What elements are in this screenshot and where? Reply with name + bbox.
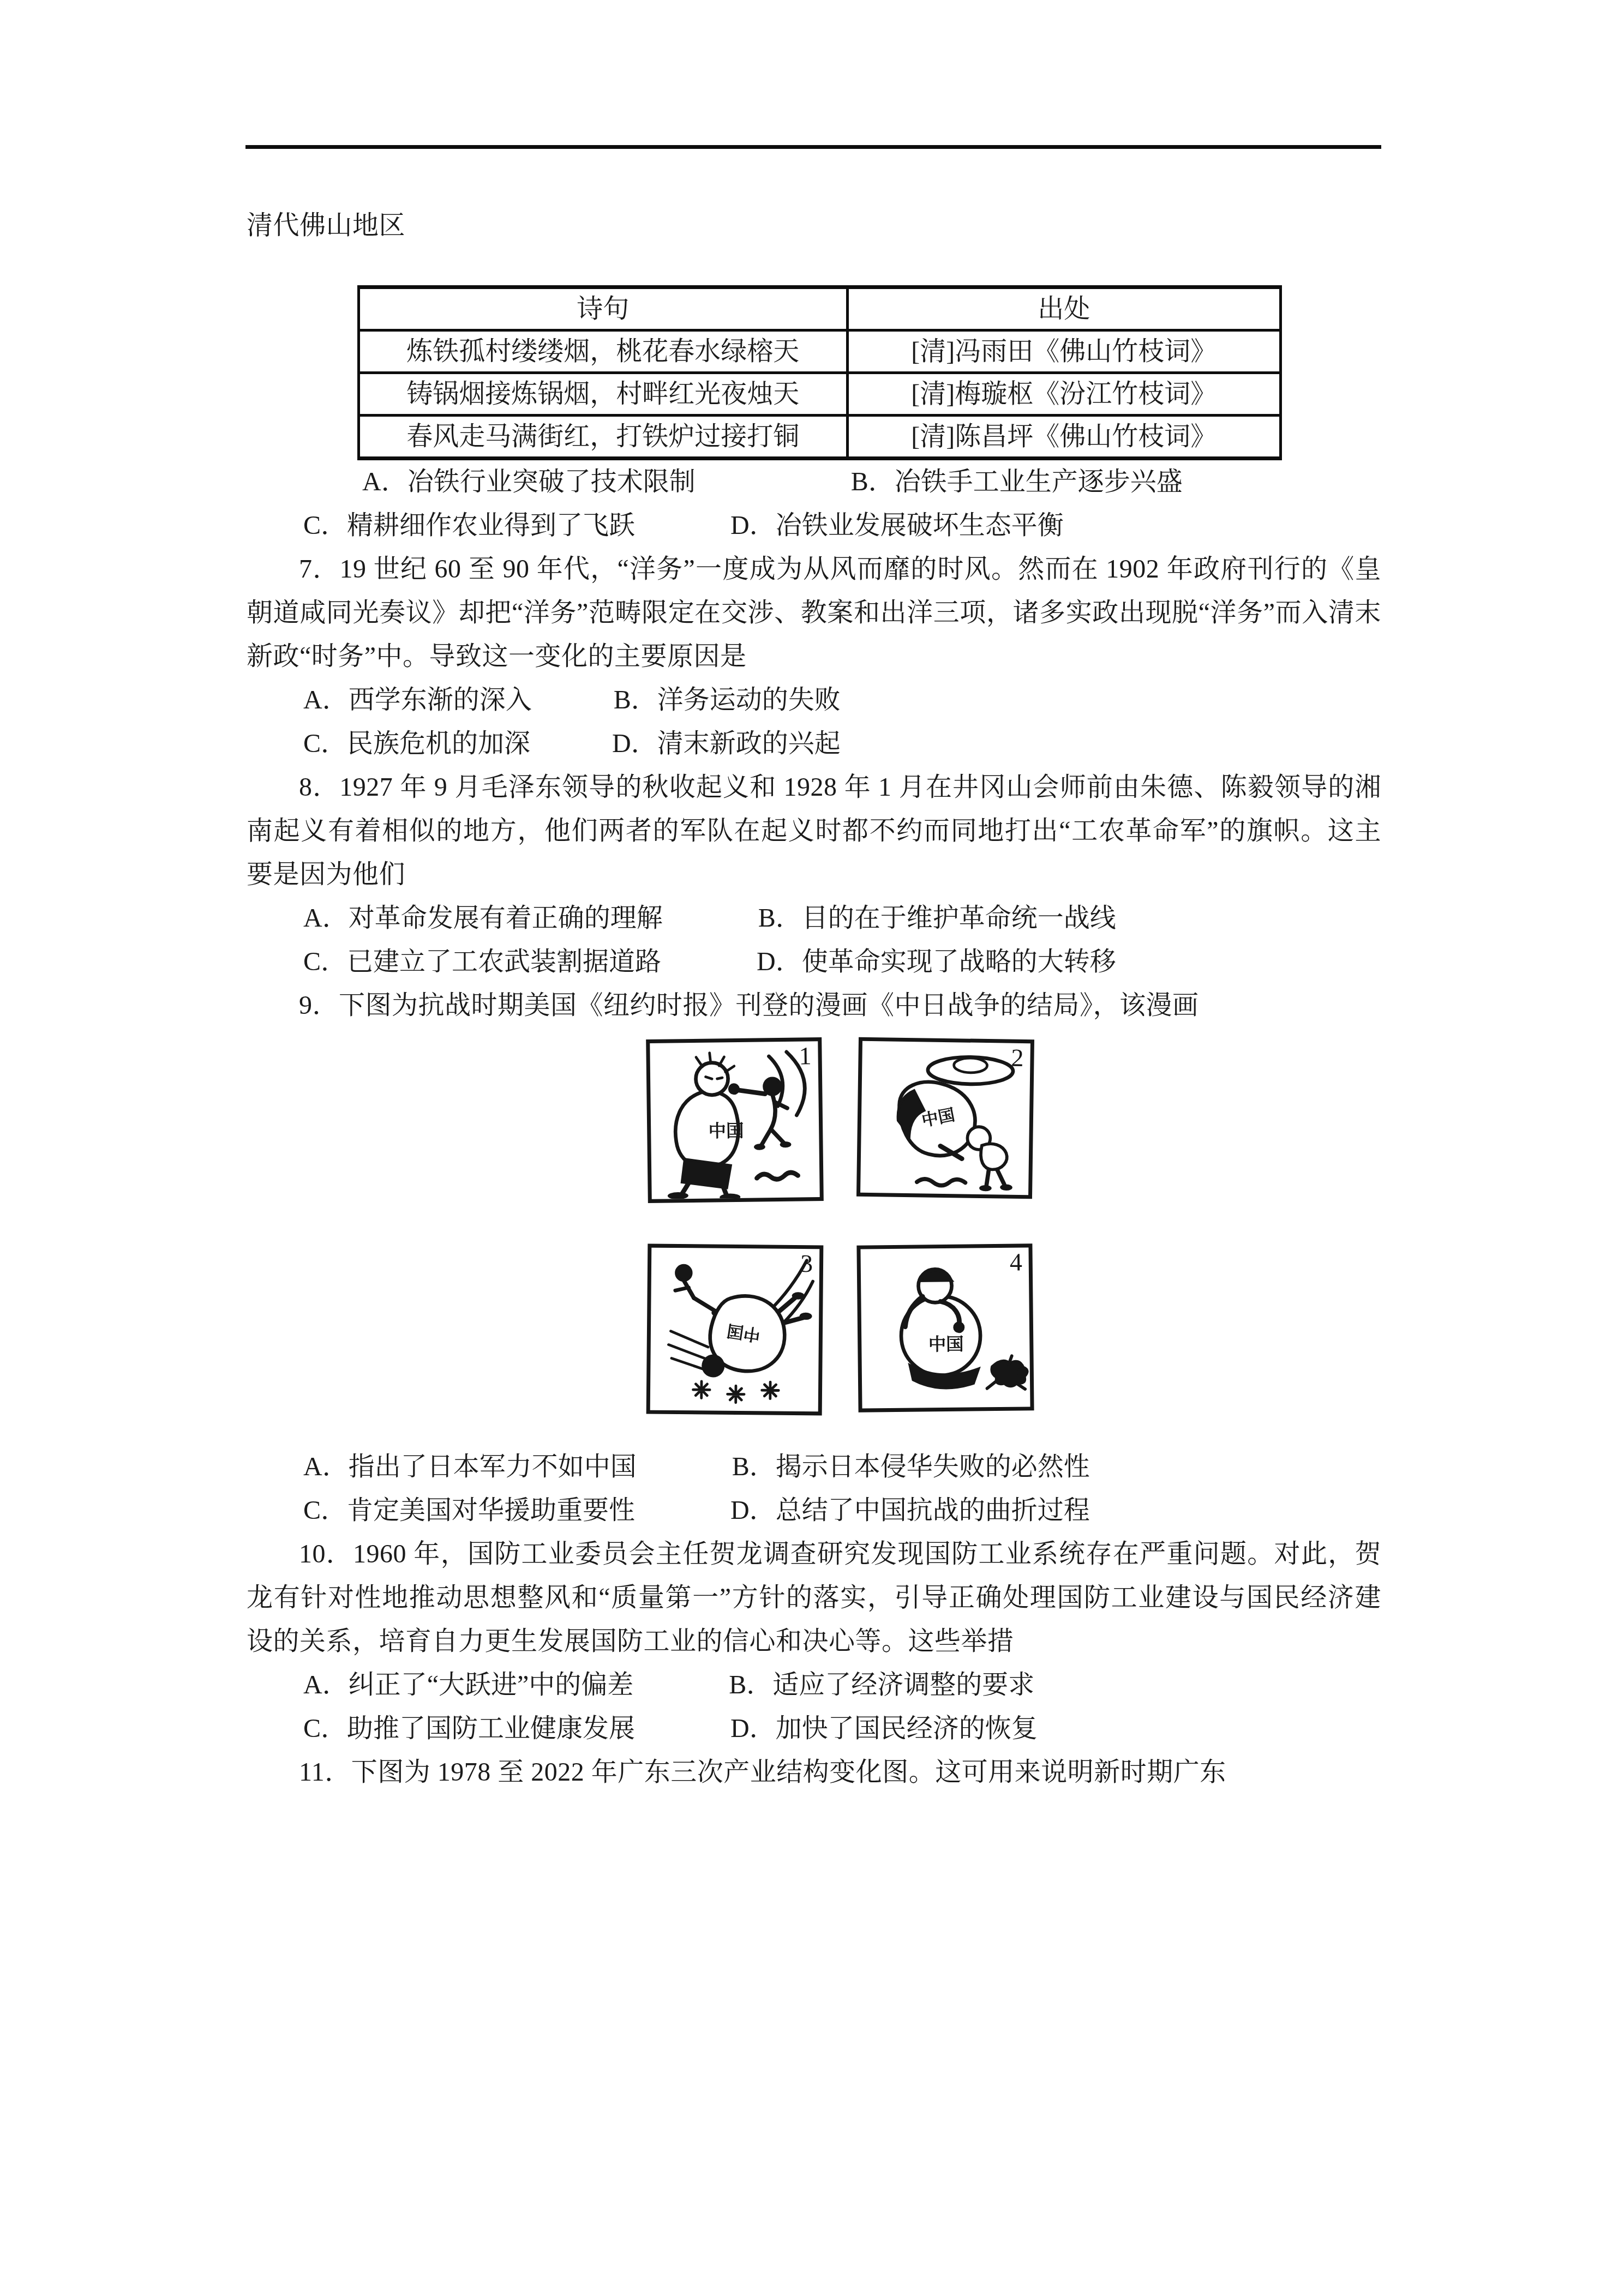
poem-source-table: 诗句 出处 炼铁孤村缕缕烟，桃花春水绿榕天 [清]冯雨田《佛山竹枝词》 铸锅烟接… xyxy=(357,285,1282,460)
option-d: D．总结了中国抗战的曲折过程 xyxy=(730,1496,1090,1525)
question-9-stem: 9．下图为抗战时期美国《纽约时报》刊登的漫画《中日战争的结局》，该漫画 xyxy=(247,984,1381,1027)
option-a: A．西学东渐的深入 xyxy=(303,686,532,714)
option-c: C．助推了国防工业健康发展 xyxy=(303,1714,635,1743)
option-d: D．冶铁业发展破坏生态平衡 xyxy=(730,511,1064,540)
cartoon-panel-1-drawing: 中国 xyxy=(650,1041,819,1199)
option-b: B．冶铁手工业生产逐步兴盛 xyxy=(851,467,1183,496)
panel-3-number: 3 xyxy=(800,1250,813,1278)
option-d: D．使革命实现了战略的大转移 xyxy=(757,947,1116,976)
panel-4-china-label: 中国 xyxy=(928,1335,964,1355)
question-6-options-cd: C．精耕细作农业得到了飞跃D．冶铁业发展破坏生态平衡 xyxy=(247,504,1381,548)
option-a: A．纠正了“大跃进”中的偏差 xyxy=(303,1670,633,1699)
cartoon-panel-2: 中国 2 xyxy=(856,1037,1034,1199)
option-b: B．适应了经济调整的要求 xyxy=(729,1670,1034,1699)
option-c: C．肯定美国对华援助重要性 xyxy=(303,1496,635,1525)
question-7-stem: 7．19 世纪 60 至 90 年代，“洋务”一度成为从风而靡的时风。然而在 1… xyxy=(247,548,1381,678)
panel-1-number: 1 xyxy=(799,1042,812,1070)
option-b: B．洋务运动的失败 xyxy=(614,686,841,714)
question-6-lead: 清代佛山地区 xyxy=(247,204,1381,248)
option-b: B．揭示日本侵华失败的必然性 xyxy=(732,1452,1090,1481)
option-a: A．对革命发展有着正确的理解 xyxy=(303,904,663,933)
option-c: C．民族危机的加深 xyxy=(303,729,530,758)
question-10-options-cd: C．助推了国防工业健康发展D．加快了国民经济的恢复 xyxy=(247,1707,1381,1751)
question-6-options-ab: A．冶铁行业突破了技术限制B．冶铁手工业生产逐步兴盛 xyxy=(247,460,1381,504)
cartoon-row-1: 中国 1 xyxy=(647,1038,1034,1202)
header-divider-rule xyxy=(245,145,1381,149)
question-10-stem: 10．1960 年，国防工业委员会主任贺龙调查研究发现国防工业系统存在严重问题。… xyxy=(247,1532,1381,1663)
option-d: D．加快了国民经济的恢复 xyxy=(730,1714,1038,1743)
exam-page: 清代佛山地区 诗句 出处 炼铁孤村缕缕烟，桃花春水绿榕天 [清]冯雨田《佛山竹枝… xyxy=(0,0,1624,2296)
option-c: C．已建立了工农武装割据道路 xyxy=(303,947,661,976)
option-a: A．冶铁行业突破了技术限制 xyxy=(362,467,696,496)
option-a: A．指出了日本军力不如中国 xyxy=(303,1452,637,1481)
source-cell: [清]陈昌坪《佛山竹枝词》 xyxy=(847,416,1280,459)
cartoon-panel-4-drawing: 中国 xyxy=(860,1247,1030,1408)
source-cell: [清]冯雨田《佛山竹枝词》 xyxy=(847,330,1280,373)
cartoon-panel-2-drawing: 中国 xyxy=(860,1041,1030,1195)
question-8-options-ab: A．对革命发展有着正确的理解B．目的在于维护革命统一战线 xyxy=(247,897,1381,940)
page-content: 清代佛山地区 诗句 出处 炼铁孤村缕缕烟，桃花春水绿榕天 [清]冯雨田《佛山竹枝… xyxy=(247,204,1381,1794)
option-b: B．目的在于维护革命统一战线 xyxy=(758,904,1116,933)
question-8-options-cd: C．已建立了工农武装割据道路D．使革命实现了战略的大转移 xyxy=(247,940,1381,984)
panel-1-china-label: 中国 xyxy=(708,1121,744,1141)
table-header-row: 诗句 出处 xyxy=(359,287,1281,330)
poem-cell: 炼铁孤村缕缕烟，桃花春水绿榕天 xyxy=(359,330,848,373)
table-row: 铸锅烟接炼锅烟，村畔红光夜烛天 [清]梅璇枢《汾江竹枝词》 xyxy=(359,373,1281,416)
option-d: D．清末新政的兴起 xyxy=(612,729,841,758)
question-9-options-ab: A．指出了日本军力不如中国B．揭示日本侵华失败的必然性 xyxy=(247,1445,1381,1489)
poem-cell: 春风走马满街红，打铁炉过接打铜 xyxy=(359,416,848,459)
question-8-stem: 8．1927 年 9 月毛泽东领导的秋收起义和 1928 年 1 月在井冈山会师… xyxy=(247,766,1381,897)
question-10-options-ab: A．纠正了“大跃进”中的偏差B．适应了经济调整的要求 xyxy=(247,1663,1381,1707)
cartoon-row-2: 中国 3 xyxy=(647,1245,1034,1415)
option-c: C．精耕细作农业得到了飞跃 xyxy=(303,511,635,540)
panel-4-number: 4 xyxy=(1009,1249,1022,1277)
cartoon-panel-4: 中国 4 xyxy=(856,1243,1034,1412)
source-cell: [清]梅璇枢《汾江竹枝词》 xyxy=(847,373,1280,416)
table-row: 炼铁孤村缕缕烟，桃花春水绿榕天 [清]冯雨田《佛山竹枝词》 xyxy=(359,330,1281,373)
table-header-source: 出处 xyxy=(847,287,1280,330)
table-header-poem: 诗句 xyxy=(359,287,848,330)
question-11-stem: 11．下图为 1978 至 2022 年广东三次产业结构变化图。这可用来说明新时… xyxy=(247,1751,1381,1794)
spacer xyxy=(247,1415,1381,1445)
question-9-options-cd: C．肯定美国对华援助重要性D．总结了中国抗战的曲折过程 xyxy=(247,1489,1381,1532)
poem-cell: 铸锅烟接炼锅烟，村畔红光夜烛天 xyxy=(359,373,848,416)
question-7-options-cd: C．民族危机的加深D．清末新政的兴起 xyxy=(247,722,1381,766)
cartoon-panel-3-drawing: 中国 xyxy=(650,1248,820,1412)
cartoon-sino-japanese-war-ending: 中国 1 xyxy=(647,1038,1034,1415)
cartoon-panel-1: 中国 1 xyxy=(646,1037,824,1203)
panel-2-number: 2 xyxy=(1011,1044,1024,1072)
cartoon-panel-3: 中国 3 xyxy=(646,1244,824,1416)
question-7-options-ab: A．西学东渐的深入B．洋务运动的失败 xyxy=(247,678,1381,722)
table-row: 春风走马满街红，打铁炉过接打铜 [清]陈昌坪《佛山竹枝词》 xyxy=(359,416,1281,459)
